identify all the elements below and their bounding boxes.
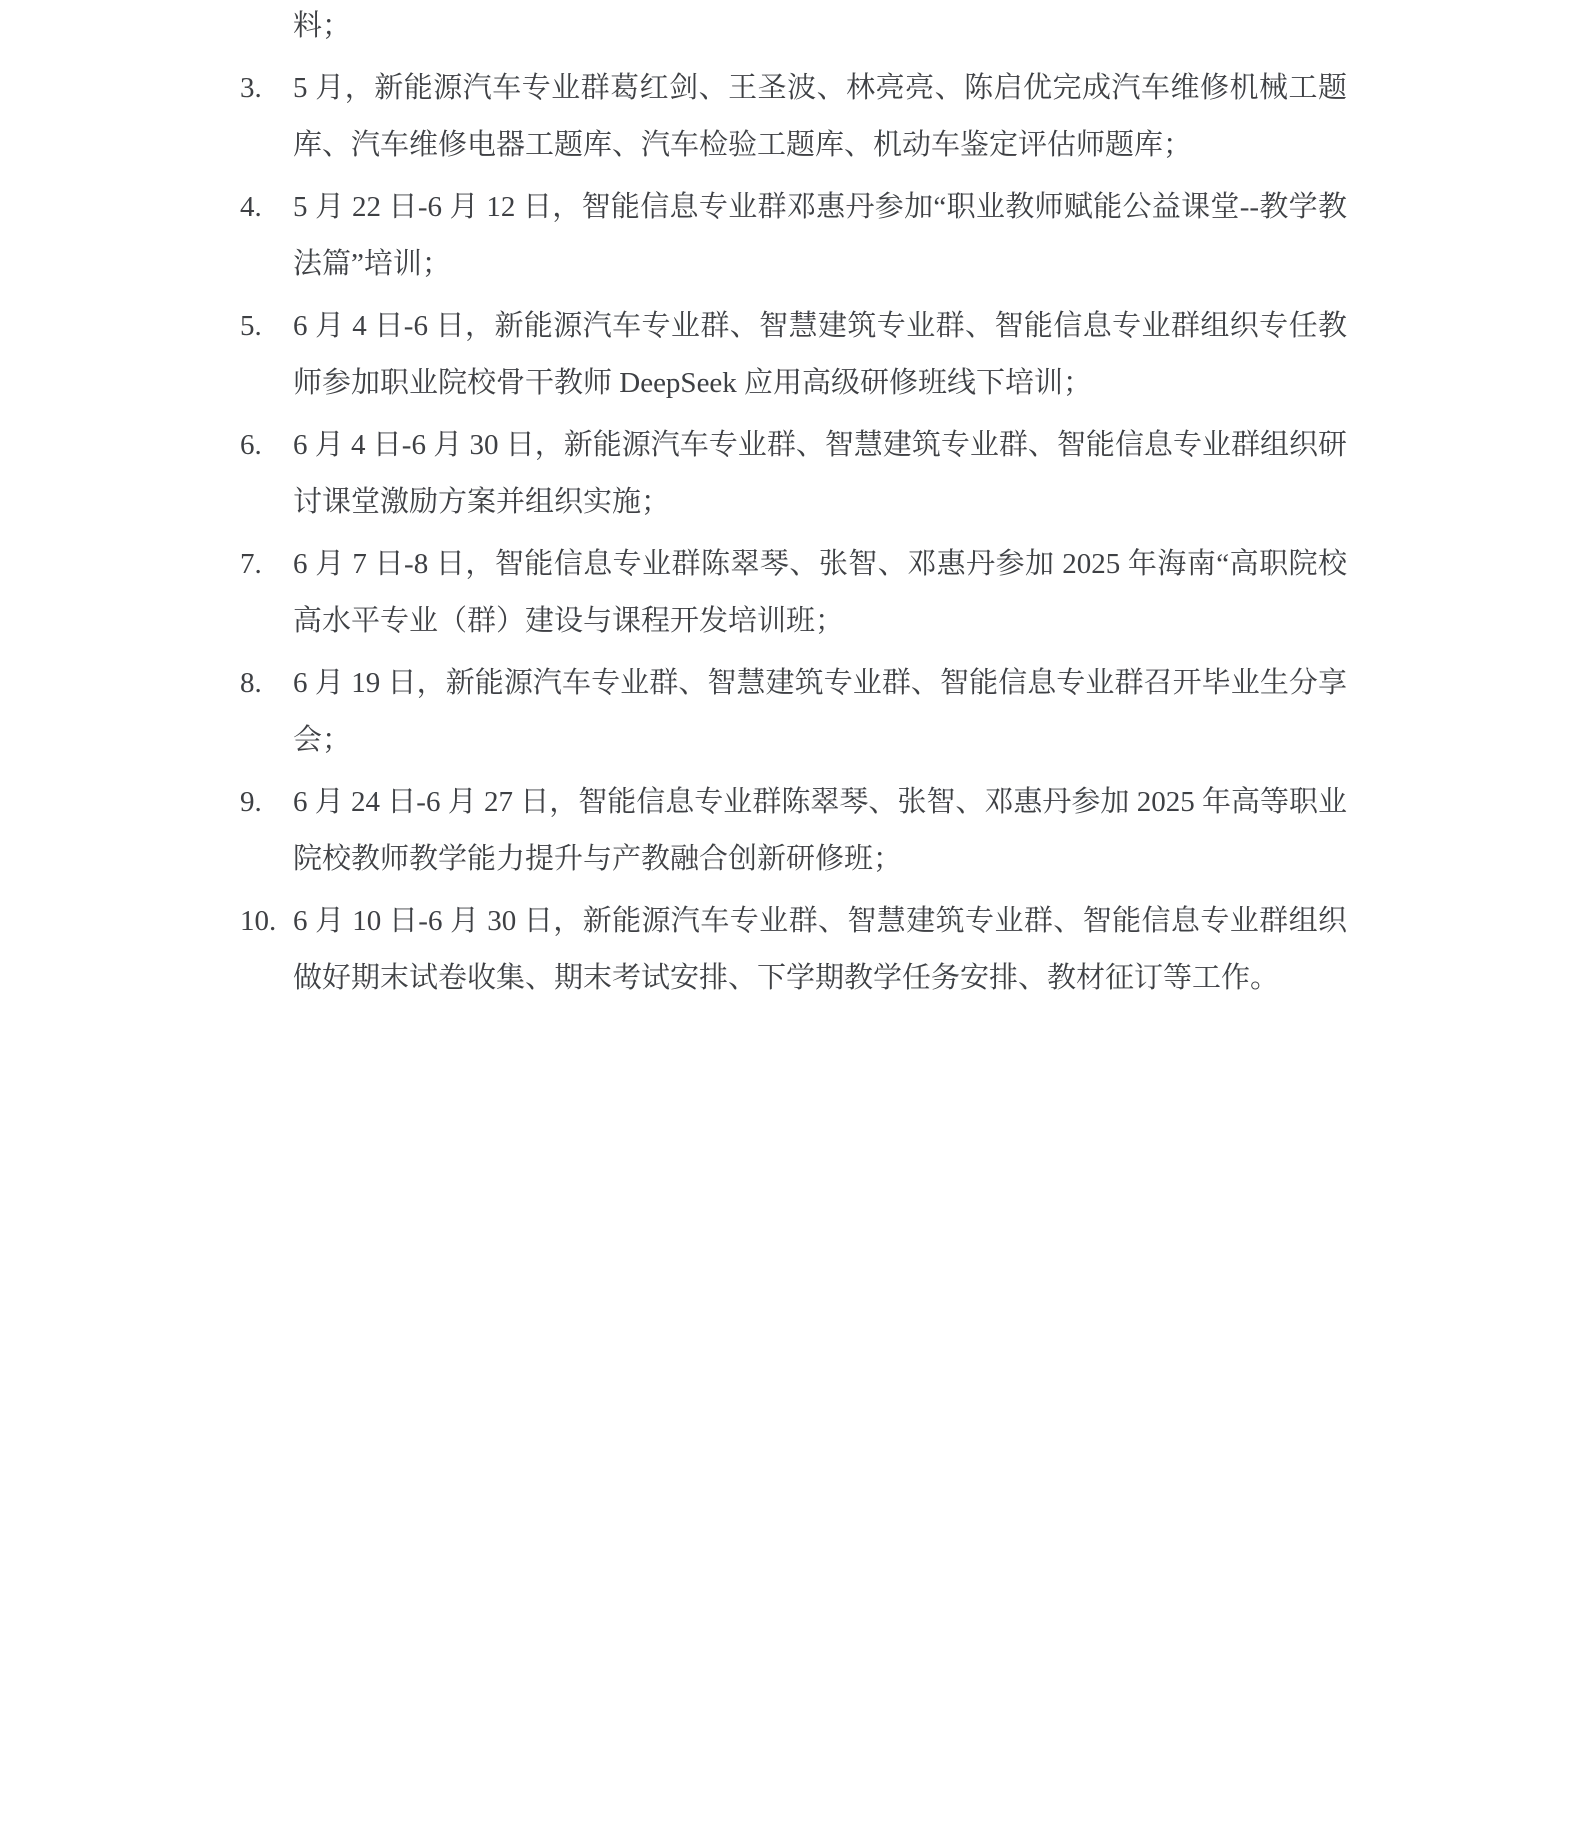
list-item: 7. 6 月 7 日-8 日，智能信息专业群陈翠琴、张智、邓惠丹参加 2025 …: [240, 536, 1347, 650]
list-item-text: 6 月 4 日-6 日，新能源汽车专业群、智慧建筑专业群、智能信息专业群组织专任…: [293, 310, 1347, 399]
list-item: 3. 5 月，新能源汽车专业群葛红剑、王圣波、林亮亮、陈启优完成汽车维修机械工题…: [240, 60, 1347, 174]
list-item-text: 6 月 19 日，新能源汽车专业群、智慧建筑专业群、智能信息专业群召开毕业生分享…: [293, 667, 1347, 756]
list-item-number: 3.: [240, 60, 293, 117]
list-item-text: 6 月 10 日-6 月 30 日，新能源汽车专业群、智慧建筑专业群、智能信息专…: [293, 905, 1347, 994]
list-item: 5. 6 月 4 日-6 日，新能源汽车专业群、智慧建筑专业群、智能信息专业群组…: [240, 298, 1347, 412]
list-item-text: 6 月 4 日-6 月 30 日，新能源汽车专业群、智慧建筑专业群、智能信息专业…: [293, 429, 1347, 518]
list-item: 6. 6 月 4 日-6 月 30 日，新能源汽车专业群、智慧建筑专业群、智能信…: [240, 417, 1347, 531]
list-item-number: 9.: [240, 774, 293, 831]
list-item: 10. 6 月 10 日-6 月 30 日，新能源汽车专业群、智慧建筑专业群、智…: [240, 893, 1347, 1007]
list-item: 8. 6 月 19 日，新能源汽车专业群、智慧建筑专业群、智能信息专业群召开毕业…: [240, 655, 1347, 769]
list-item-number: 7.: [240, 536, 293, 593]
list-item-number: 4.: [240, 179, 293, 236]
list-item-number: 8.: [240, 655, 293, 712]
list-item-text: 6 月 7 日-8 日，智能信息专业群陈翠琴、张智、邓惠丹参加 2025 年海南…: [293, 548, 1347, 637]
document-page: 料； 3. 5 月，新能源汽车专业群葛红剑、王圣波、林亮亮、陈启优完成汽车维修机…: [0, 0, 1587, 1846]
list-item: 4. 5 月 22 日-6 月 12 日，智能信息专业群邓惠丹参加“职业教师赋能…: [240, 179, 1347, 293]
list-item-number: 5.: [240, 298, 293, 355]
list-item-text: 5 月 22 日-6 月 12 日，智能信息专业群邓惠丹参加“职业教师赋能公益课…: [293, 191, 1347, 280]
list-item-number: 6.: [240, 417, 293, 474]
list-item: 9. 6 月 24 日-6 月 27 日，智能信息专业群陈翠琴、张智、邓惠丹参加…: [240, 774, 1347, 888]
document-body: 料； 3. 5 月，新能源汽车专业群葛红剑、王圣波、林亮亮、陈启优完成汽车维修机…: [240, 0, 1347, 1012]
list-item-text: 5 月，新能源汽车专业群葛红剑、王圣波、林亮亮、陈启优完成汽车维修机械工题库、汽…: [293, 72, 1347, 161]
list-item-number: 10.: [240, 893, 293, 950]
list-item-text: 6 月 24 日-6 月 27 日，智能信息专业群陈翠琴、张智、邓惠丹参加 20…: [293, 786, 1347, 875]
paragraph-continuation: 料；: [240, 0, 1347, 55]
